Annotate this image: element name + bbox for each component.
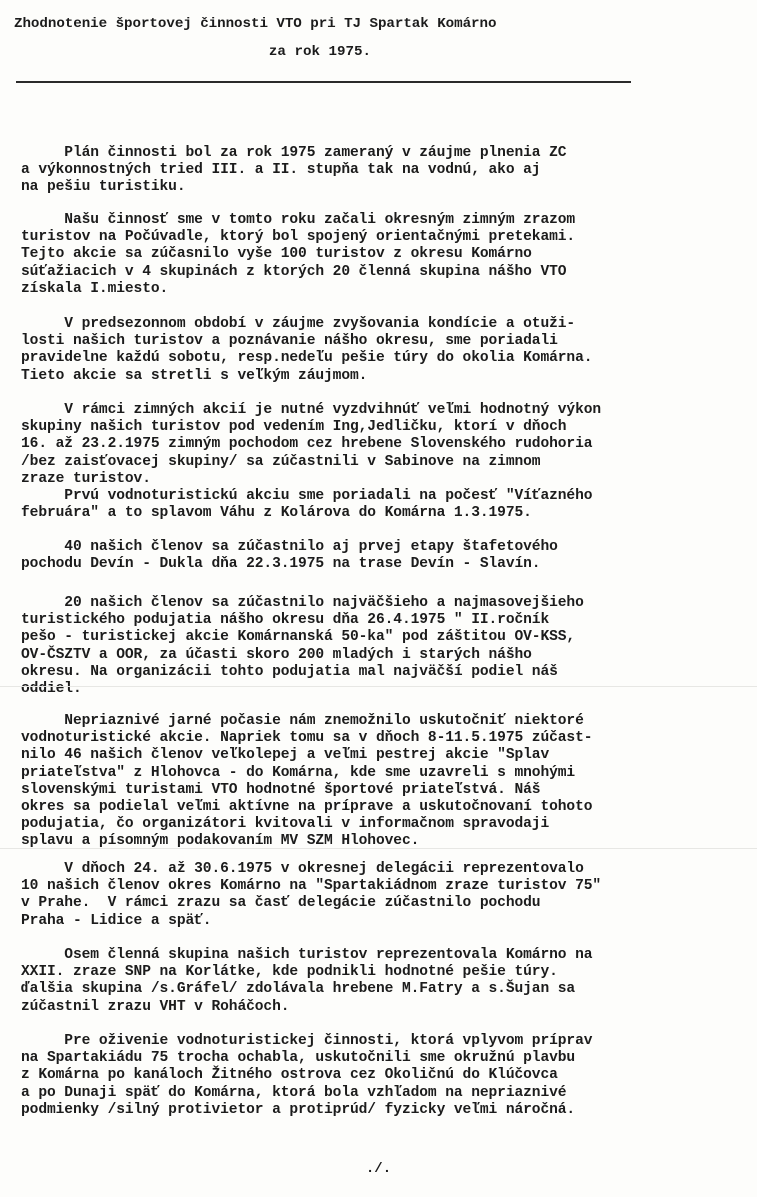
text-line: vodnoturistické akcie. Napriek tomu sa v… (21, 730, 592, 747)
text-line: a výkonnostných tried III. a II. stupňa … (21, 162, 566, 179)
scan-artifact-line (0, 686, 757, 687)
text-line: februára" a to splavom Váhu z Kolárova d… (21, 505, 601, 522)
text-line: nilo 46 našich členov veľkolepej a veľmi… (21, 747, 592, 764)
text-line: v Prahe. V rámci zrazu sa časť delegácie… (21, 895, 601, 912)
text-line: 20 našich členov sa zúčastnilo najväčšie… (21, 595, 584, 612)
paragraph: Nepriaznivé jarné počasie nám znemožnilo… (21, 713, 592, 851)
text-line: na pešiu turistiku. (21, 179, 566, 196)
paragraph: 20 našich členov sa zúčastnilo najväčšie… (21, 595, 584, 698)
paragraph: Našu činnosť sme v tomto roku začali okr… (21, 212, 575, 298)
text-line: Pre oživenie vodnoturistickej činnosti, … (21, 1033, 592, 1050)
text-line: oddiel. (21, 681, 584, 698)
text-line: XXII. zraze SNP na Korlátke, kde podnikl… (21, 964, 592, 981)
text-line: 40 našich členov sa zúčastnilo aj prvej … (21, 539, 558, 556)
text-line: podmienky /silný protivietor a protiprúd… (21, 1102, 592, 1119)
text-line: zraze turistov. (21, 471, 601, 488)
text-line: podujatia, čo organizátori kvitovali v i… (21, 816, 592, 833)
text-line: pochodu Devín - Dukla dňa 22.3.1975 na t… (21, 556, 558, 573)
text-line: získala I.miesto. (21, 281, 575, 298)
text-line: Tieto akcie sa stretli s veľkým záujmom. (21, 368, 592, 385)
text-line: Tejto akcie sa zúčasnilo vyše 100 turist… (21, 246, 575, 263)
paragraph: V predsezonnom období v záujme zvyšovani… (21, 316, 592, 385)
text-line: priateľstva" z Hlohovca - do Komárna, kd… (21, 765, 592, 782)
text-line: /bez zaisťovacej skupiny/ sa zúčastnili … (21, 454, 601, 471)
text-line: turistov na Počúvadle, ktorý bol spojený… (21, 229, 575, 246)
text-line: Prvú vodnoturistickú akciu sme poriadali… (21, 488, 601, 505)
text-line: a po Dunaji späť do Komárna, ktorá bola … (21, 1085, 592, 1102)
text-line: Plán činnosti bol za rok 1975 zameraný v… (21, 145, 566, 162)
text-line: z Komárna po kanáloch Žitného ostrova ce… (21, 1067, 592, 1084)
text-line: OV-ČSZTV a OOR, za účasti skoro 200 mlad… (21, 647, 584, 664)
text-line: V predsezonnom období v záujme zvyšovani… (21, 316, 592, 333)
page-continuation-mark: ./. (0, 1161, 757, 1177)
typewritten-page: Zhodnotenie športovej činnosti VTO pri T… (0, 0, 757, 1197)
text-line: losti našich turistov a poznávanie nášho… (21, 333, 592, 350)
text-line: pešo - turistickej akcie Komárnanská 50-… (21, 629, 584, 646)
text-line: okresu. Na organizácii tohto podujatia m… (21, 664, 584, 681)
text-line: Nepriaznivé jarné počasie nám znemožnilo… (21, 713, 592, 730)
text-line: ďalšia skupina /s.Gráfel/ zdolávala hreb… (21, 981, 592, 998)
text-line: V rámci zimných akcií je nutné vyzdvihnú… (21, 402, 601, 419)
text-line: zúčastnil zrazu VHT v Roháčoch. (21, 999, 592, 1016)
paragraph: V rámci zimných akcií je nutné vyzdvihnú… (21, 402, 601, 522)
text-line: súťažiacich v 4 skupinách z ktorých 20 č… (21, 264, 575, 281)
text-line: 16. až 23.2.1975 zimným pochodom cez hre… (21, 436, 601, 453)
paragraph: 40 našich členov sa zúčastnilo aj prvej … (21, 539, 558, 573)
scan-artifact-line (0, 848, 757, 849)
text-line: Našu činnosť sme v tomto roku začali okr… (21, 212, 575, 229)
title-underline (16, 81, 631, 83)
text-line: 10 našich členov okres Komárno na "Spart… (21, 878, 601, 895)
text-line: pravidelne každú sobotu, resp.nedeľu peš… (21, 350, 592, 367)
paragraph: Plán činnosti bol za rok 1975 zameraný v… (21, 145, 566, 197)
paragraph: Pre oživenie vodnoturistickej činnosti, … (21, 1033, 592, 1119)
document-title: Zhodnotenie športovej činnosti VTO pri T… (14, 14, 496, 34)
paragraph: Osem členná skupina našich turistov repr… (21, 947, 592, 1016)
text-line: na Spartakiádu 75 trocha ochabla, uskuto… (21, 1050, 592, 1067)
text-line: turistického podujatia nášho okresu dňa … (21, 612, 584, 629)
text-line: Osem členná skupina našich turistov repr… (21, 947, 592, 964)
text-line: slovenskými turistami VTO hodnotné šport… (21, 782, 592, 799)
text-line: V dňoch 24. až 30.6.1975 v okresnej dele… (21, 861, 601, 878)
paragraph: V dňoch 24. až 30.6.1975 v okresnej dele… (21, 861, 601, 930)
text-line: okres sa podielal veľmi aktívne na prípr… (21, 799, 592, 816)
text-line: skupiny našich turistov pod vedením Ing,… (21, 419, 601, 436)
document-subtitle: za rok 1975. (0, 42, 640, 62)
text-line: Praha - Lidice a späť. (21, 913, 601, 930)
